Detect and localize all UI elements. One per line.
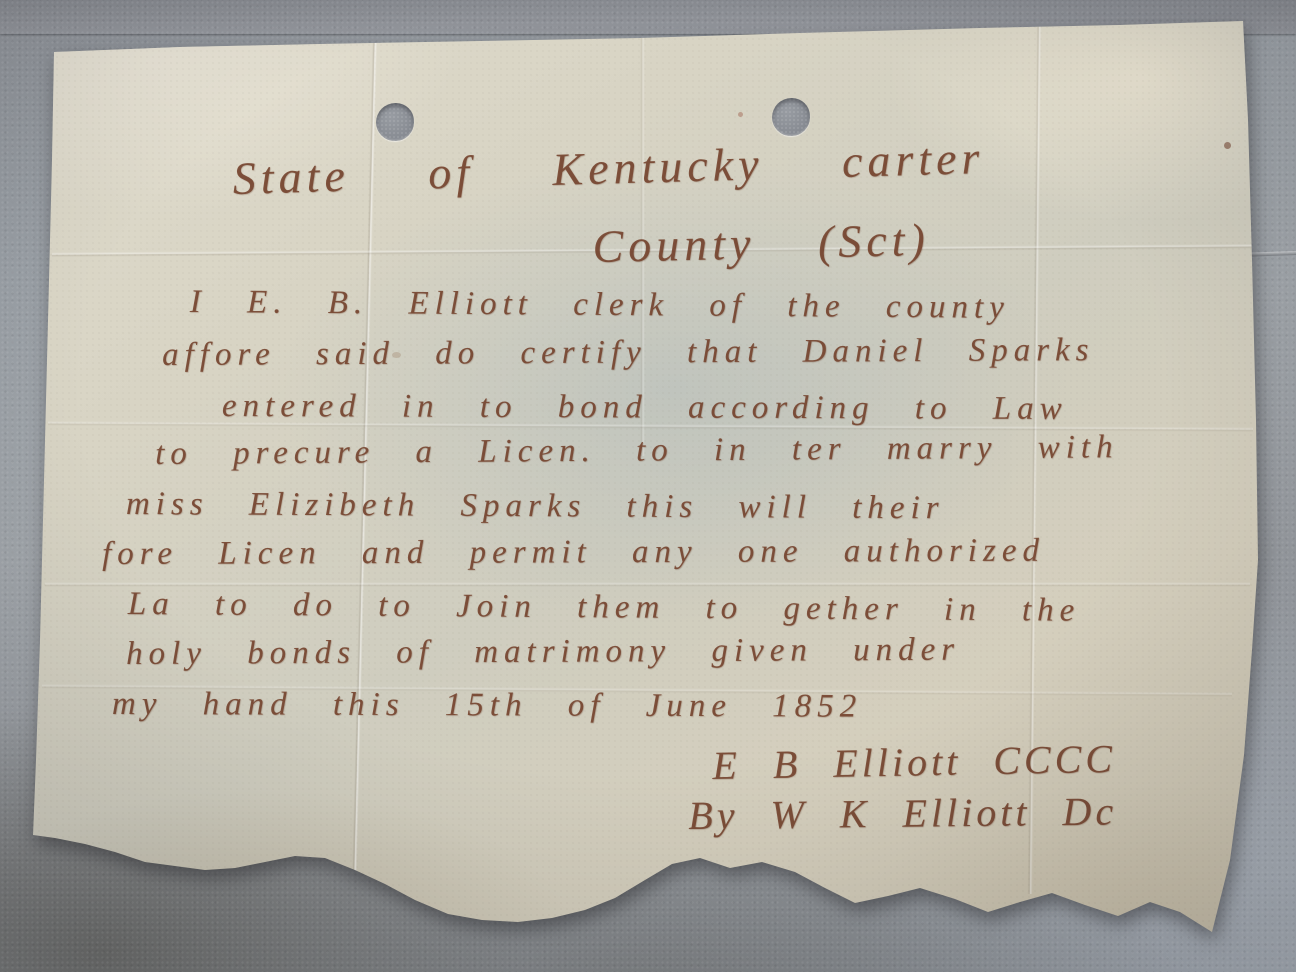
- photo-of-document: State of Kentucky carter County (Sct) I …: [0, 0, 1296, 972]
- handwriting-line: affore said do certify that Daniel Spark…: [162, 332, 1095, 374]
- handwriting-line: fore Licen and permit any one authorized: [102, 533, 1045, 573]
- handwriting-heading-line-2: County (Sct): [592, 213, 930, 273]
- handwriting-line: my hand this 15th of June 1852: [112, 686, 862, 726]
- handwriting-line: holy bonds of matrimony given under: [126, 632, 960, 673]
- paper-document: State of Kentucky carter County (Sct) I …: [0, 0, 1296, 972]
- ink-stain: [1224, 142, 1231, 149]
- handwriting-line: La to do to Join them to gether in the: [128, 586, 1081, 630]
- signature-deputy-clerk: By W K Elliott Dc: [688, 788, 1117, 839]
- handwriting-line: miss Elizibeth Sparks this will their: [126, 486, 945, 527]
- handwriting-line: I E. B. Elliott clerk of the county: [190, 284, 1010, 327]
- signature-clerk: E B Elliott CCCC: [712, 735, 1116, 789]
- ink-stain: [738, 112, 743, 117]
- handwriting-line: entered in to bond according to Law: [222, 388, 1068, 428]
- punch-hole-right: [772, 98, 810, 136]
- paper-shadow-wrapper: State of Kentucky carter County (Sct) I …: [0, 0, 1296, 972]
- handwriting-line: to precure a Licen. to in ter marry with: [155, 429, 1119, 473]
- punch-hole-left: [376, 103, 414, 141]
